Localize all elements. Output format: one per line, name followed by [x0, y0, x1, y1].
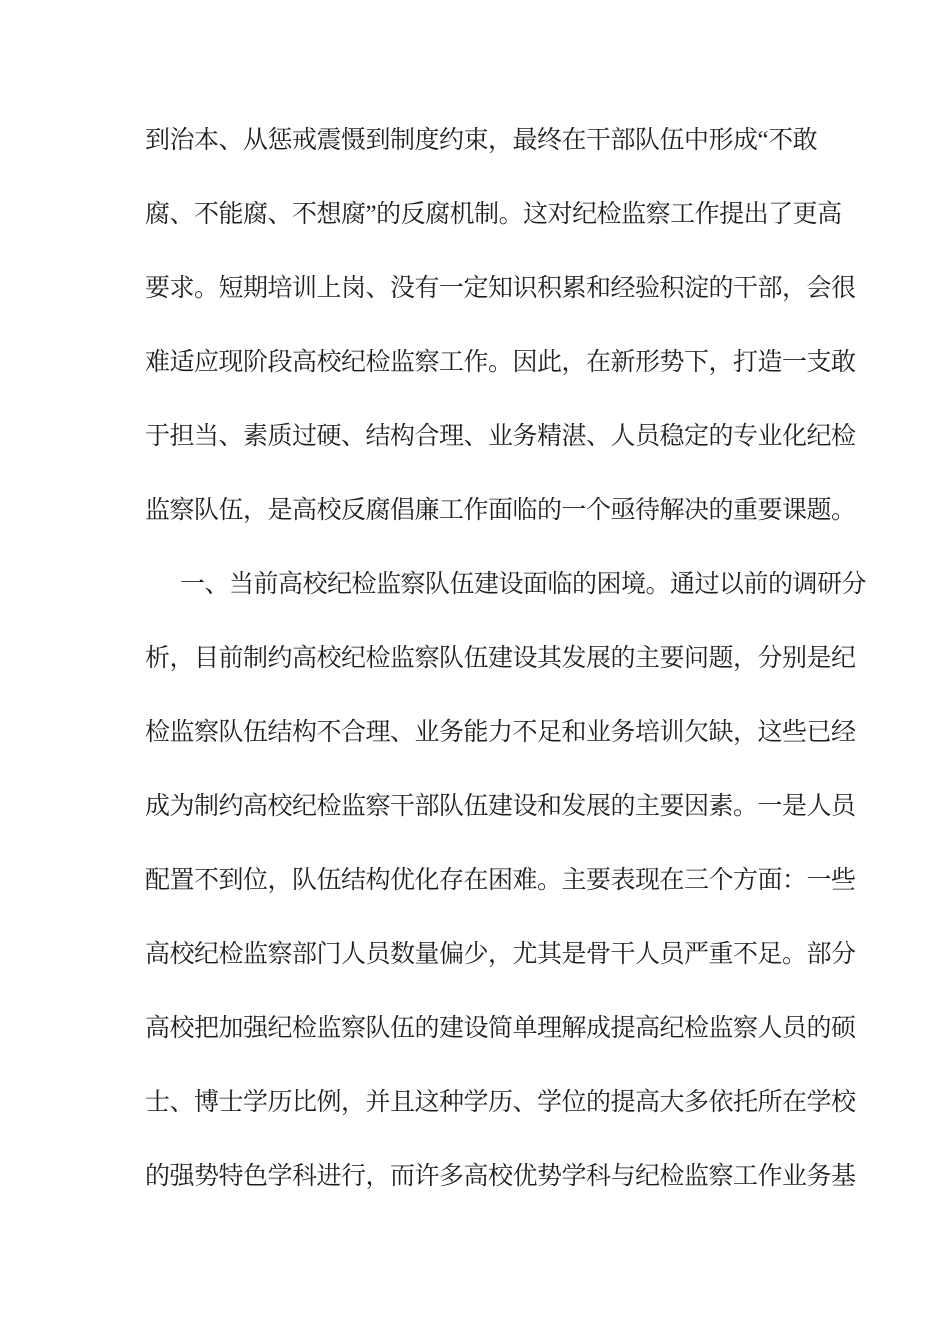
- text-line: 腐、不能腐、不想腐”的反腐机制。这对纪检监察工作提出了更高: [145, 178, 835, 252]
- text-line: 的强势特色学科进行，而许多高校优势学科与纪检监察工作业务基: [145, 1140, 835, 1214]
- text-line: 士、博士学历比例，并且这种学历、学位的提高大多依托所在学校: [145, 1066, 835, 1140]
- paragraph-continuation: 到治本、从惩戒震慑到制度约束，最终在干部队伍中形成“不敢 腐、不能腐、不想腐”的…: [145, 104, 835, 548]
- document-text-block: 到治本、从惩戒震慑到制度约束，最终在干部队伍中形成“不敢 腐、不能腐、不想腐”的…: [145, 104, 835, 1214]
- text-line: 要求。短期培训上岗、没有一定知识积累和经验积淀的干部，会很: [145, 252, 835, 326]
- text-line: 检监察队伍结构不合理、业务能力不足和业务培训欠缺，这些已经: [145, 696, 835, 770]
- text-line: 成为制约高校纪检监察干部队伍建设和发展的主要因素。一是人员: [145, 770, 835, 844]
- text-line: 到治本、从惩戒震慑到制度约束，最终在干部队伍中形成“不敢: [145, 104, 835, 178]
- text-line-section-heading: 一、当前高校纪检监察队伍建设面临的困境。通过以前的调研分: [145, 548, 835, 622]
- text-line: 监察队伍，是高校反腐倡廉工作面临的一个亟待解决的重要课题。: [145, 474, 835, 548]
- text-line: 难适应现阶段高校纪检监察工作。因此，在新形势下，打造一支敢: [145, 326, 835, 400]
- paragraph-section-one: 一、当前高校纪检监察队伍建设面临的困境。通过以前的调研分 析，目前制约高校纪检监…: [145, 548, 835, 1214]
- text-line: 于担当、素质过硬、结构合理、业务精湛、人员稳定的专业化纪检: [145, 400, 835, 474]
- text-line: 配置不到位，队伍结构优化存在困难。主要表现在三个方面：一些: [145, 844, 835, 918]
- text-line: 析，目前制约高校纪检监察队伍建设其发展的主要问题，分别是纪: [145, 622, 835, 696]
- document-page: 到治本、从惩戒震慑到制度约束，最终在干部队伍中形成“不敢 腐、不能腐、不想腐”的…: [0, 0, 950, 1344]
- text-line: 高校纪检监察部门人员数量偏少，尤其是骨干人员严重不足。部分: [145, 918, 835, 992]
- text-line: 高校把加强纪检监察队伍的建设简单理解成提高纪检监察人员的硕: [145, 992, 835, 1066]
